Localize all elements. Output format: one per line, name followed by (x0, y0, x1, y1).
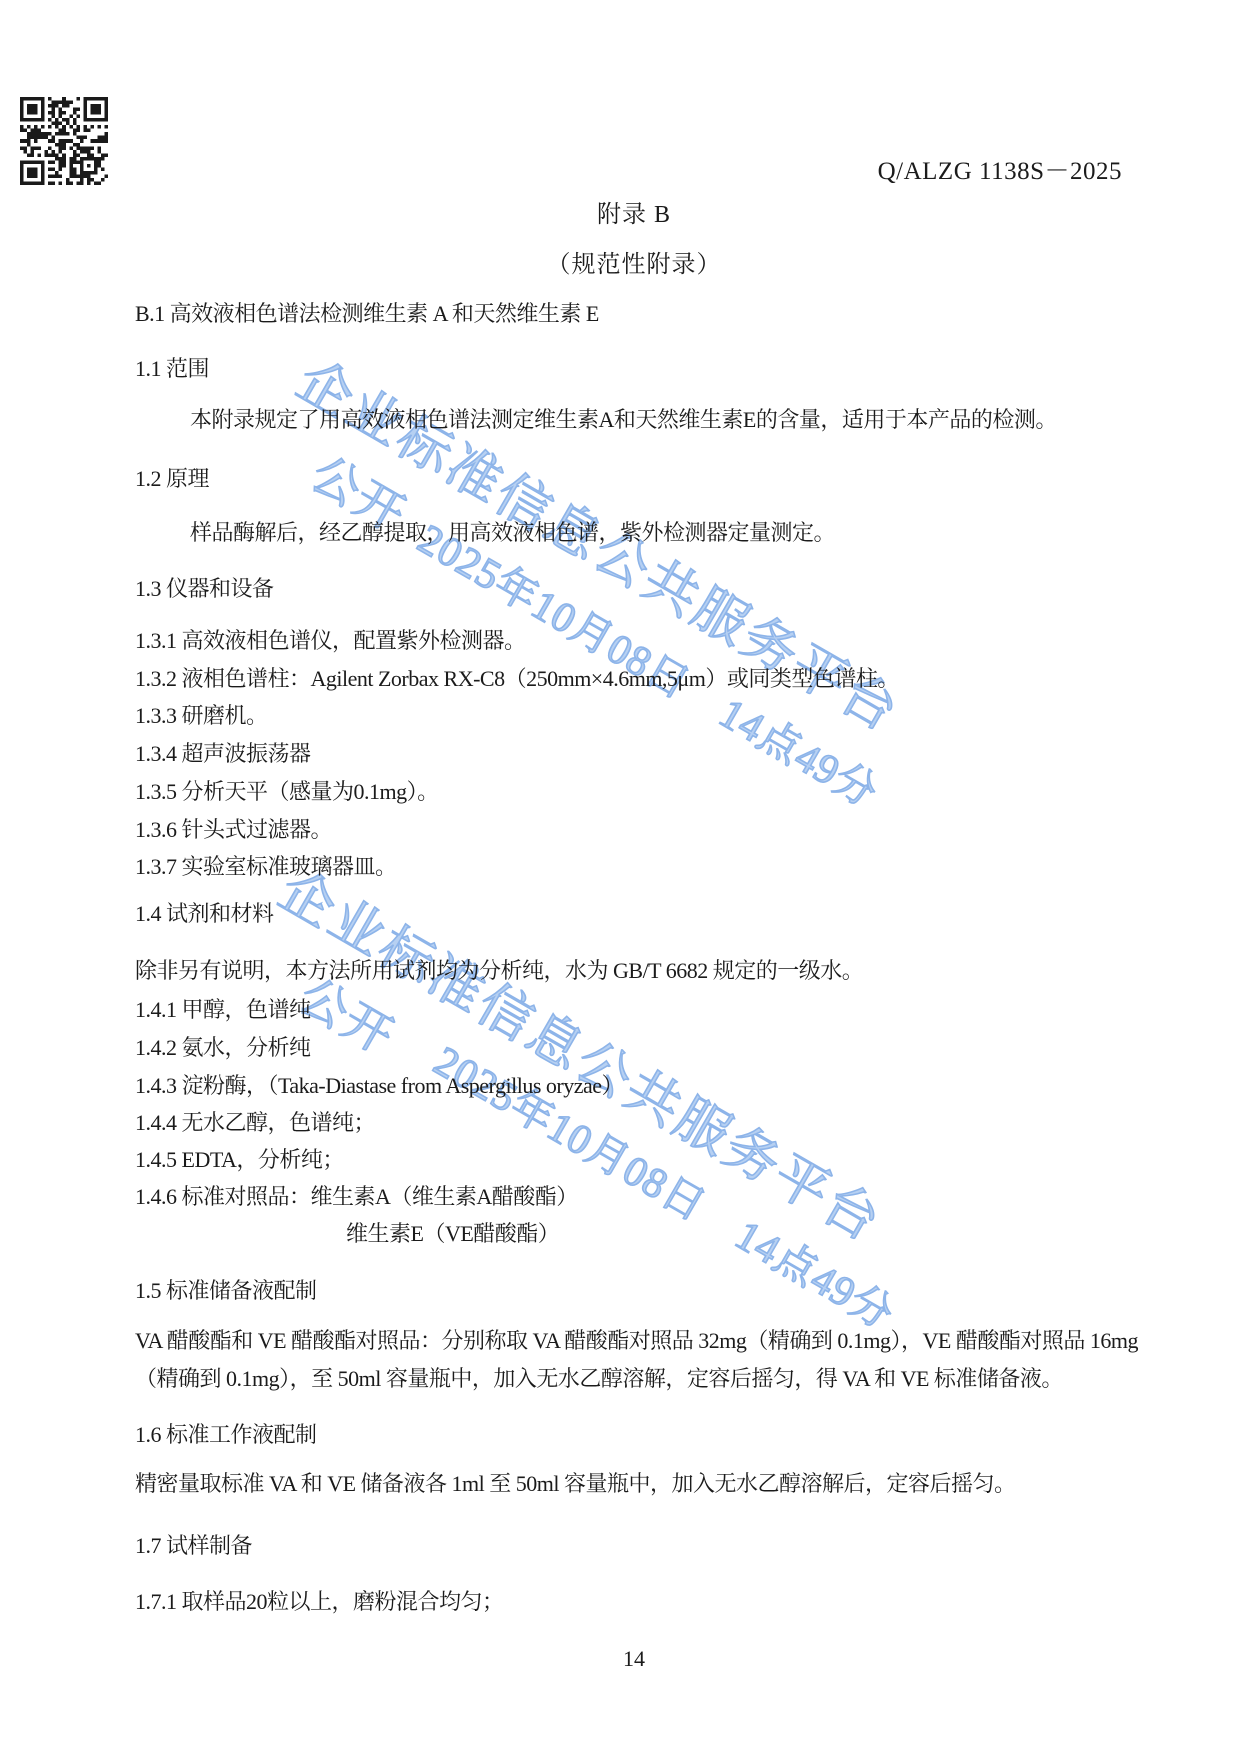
item-1-3-7: 1.3.7 实验室标准玻璃器皿。 (135, 853, 397, 881)
heading-1-7: 1.7 试样制备 (135, 1532, 252, 1560)
heading-1-4: 1.4 试剂和材料 (135, 900, 274, 928)
item-1-4-1: 1.4.1 甲醇，色谱纯 (135, 996, 311, 1024)
item-1-3-2: 1.3.2 液相色谱柱：Agilent Zorbax RX-C8（250mm×4… (135, 665, 899, 693)
item-1-4-6-cont: 维生素E（VE醋酸酯） (346, 1220, 559, 1248)
heading-b1: B.1 高效液相色谱法检测维生素 A 和天然维生素 E (135, 300, 599, 328)
item-1-3-5: 1.3.5 分析天平（感量为0.1mg）。 (135, 778, 439, 806)
item-1-4-2: 1.4.2 氨水，分析纯 (135, 1034, 311, 1062)
para-1-5-line2: （精确到 0.1mg），至 50ml 容量瓶中，加入无水乙醇溶解，定容后摇匀，得… (135, 1365, 1063, 1393)
para-1-5-line1: VA 醋酸酯和 VE 醋酸酯对照品：分别称取 VA 醋酸酯对照品 32mg（精确… (135, 1327, 1138, 1355)
heading-1-3: 1.3 仪器和设备 (135, 575, 274, 603)
item-1-3-1: 1.3.1 高效液相色谱仪，配置紫外检测器。 (135, 627, 526, 655)
item-1-4-4: 1.4.4 无水乙醇，色谱纯； (135, 1109, 375, 1137)
heading-1-1: 1.1 范围 (135, 355, 209, 383)
heading-1-6: 1.6 标准工作液配制 (135, 1421, 317, 1449)
para-1-1: 本附录规定了用高效液相色谱法测定维生素A和天然维生素E的含量，适用于本产品的检测… (190, 406, 1057, 434)
item-1-7-1: 1.7.1 取样品20粒以上，磨粉混合均匀； (135, 1588, 504, 1616)
para-1-6: 精密量取标准 VA 和 VE 储备液各 1ml 至 50ml 容量瓶中，加入无水… (135, 1470, 1016, 1498)
item-1-4-3: 1.4.3 淀粉酶，（Taka-Diastase from Aspergillu… (135, 1072, 623, 1100)
document-page: Q/ALZG 1138S－2025 附录 B （规范性附录） 企业标准信息公共服… (0, 0, 1240, 1753)
heading-1-5: 1.5 标准储备液配制 (135, 1277, 317, 1305)
item-1-3-6: 1.3.6 针头式过滤器。 (135, 816, 332, 844)
para-1-2: 样品酶解后，经乙醇提取，用高效液相色谱，紫外检测器定量测定。 (190, 519, 835, 547)
page-number: 14 (28, 1646, 1240, 1672)
content-layer: B.1 高效液相色谱法检测维生素 A 和天然维生素 E1.1 范围本附录规定了用… (0, 0, 1240, 1753)
item-1-4-6: 1.4.6 标准对照品：维生素A（维生素A醋酸酯） (135, 1183, 578, 1211)
item-1-3-3: 1.3.3 研磨机。 (135, 702, 268, 730)
heading-1-2: 1.2 原理 (135, 465, 209, 493)
para-1-4-intro: 除非另有说明，本方法所用试剂均为分析纯，水为 GB/T 6682 规定的一级水。 (135, 957, 863, 985)
item-1-3-4: 1.3.4 超声波振荡器 (135, 740, 311, 768)
item-1-4-5: 1.4.5 EDTA，分析纯； (135, 1146, 344, 1174)
